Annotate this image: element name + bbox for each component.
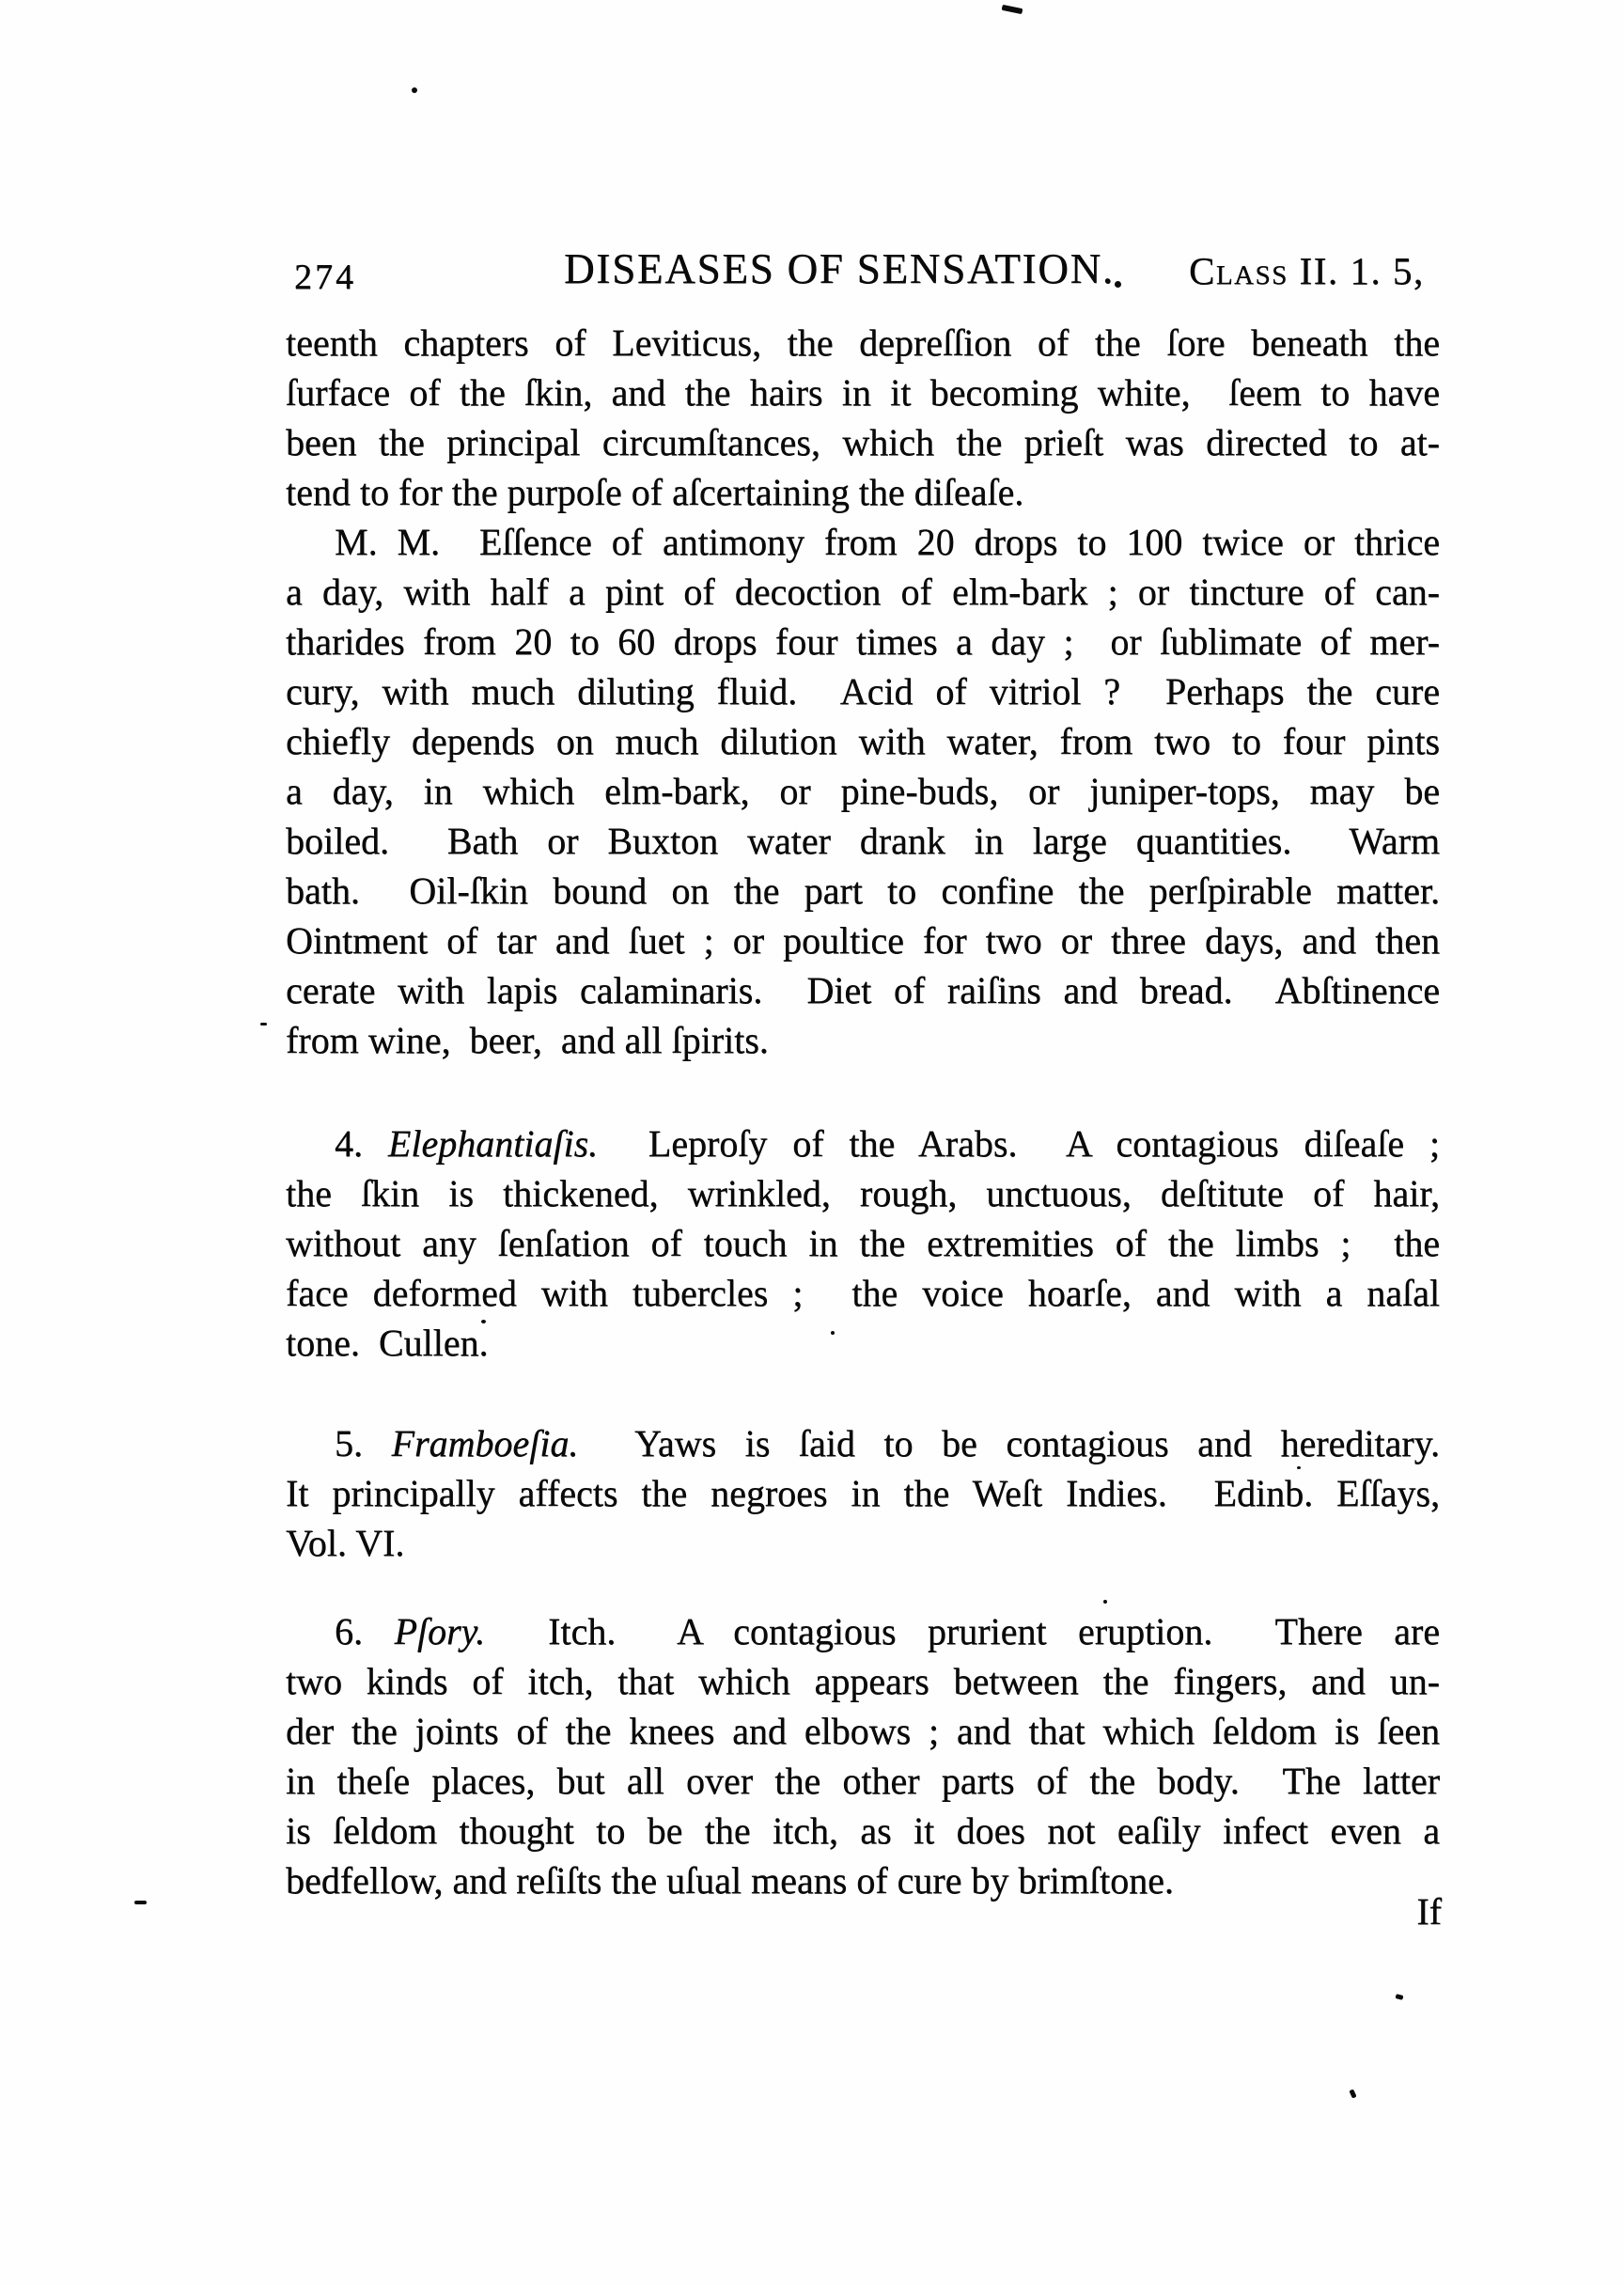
- text-run: bath. Oil-ſkin bound on the part to conf…: [286, 869, 1440, 912]
- italic-text-run: Framboeſia.: [392, 1422, 579, 1464]
- text-run: Ointment of tar and ſuet ; or poultice f…: [286, 919, 1440, 962]
- text-line: two kinds of itch, that which appears be…: [286, 1656, 1440, 1706]
- text-run: cury, with much diluting fluid. Acid of …: [286, 670, 1440, 712]
- text-run: is ſeldom thought to be the itch, as it …: [286, 1809, 1440, 1852]
- ink-speck: [1103, 1600, 1107, 1604]
- text-run: tend to for the purpoſe of aſcertaining …: [286, 471, 1023, 513]
- text-line: ſurface of the ſkin, and the hairs in it…: [286, 368, 1440, 417]
- ink-speck: [1297, 1466, 1301, 1469]
- text-run: Yaws is ſaid to be contagious and heredi…: [578, 1422, 1440, 1464]
- ink-speck: [831, 1331, 835, 1335]
- text-run: 5.: [335, 1422, 392, 1464]
- text-run: chiefly depends on much dilution with wa…: [286, 720, 1440, 762]
- text-line: cerate with lapis calaminaris. Diet of r…: [286, 965, 1440, 1015]
- text-run: It principally affects the negroes in th…: [286, 1472, 1440, 1514]
- text-run: a day, with half a pint of decoction of …: [286, 571, 1440, 613]
- text-line: a day, with half a pint of decoction of …: [286, 567, 1440, 617]
- text-run: been the principal circumſtances, which …: [286, 421, 1440, 463]
- text-run: boiled. Bath or Buxton water drank in la…: [286, 820, 1440, 862]
- text-line: tend to for the purpoſe of aſcertaining …: [286, 467, 1440, 517]
- italic-text-run: Pſory.: [394, 1610, 485, 1652]
- text-line: 6. Pſory. Itch. A contagious prurient er…: [286, 1606, 1440, 1656]
- page-number: 274: [294, 259, 356, 295]
- text-line: Ointment of tar and ſuet ; or poultice f…: [286, 916, 1440, 965]
- text-run: ſurface of the ſkin, and the hairs in it…: [286, 371, 1440, 414]
- ink-speck: [134, 1901, 147, 1904]
- paragraph-6-psory: 6. Pſory. Itch. A contagious prurient er…: [286, 1606, 1440, 1905]
- text-line: tharides from 20 to 60 drops four times …: [286, 617, 1440, 666]
- text-line: chiefly depends on much dilution with wa…: [286, 716, 1440, 766]
- text-line: teenth chapters of Leviticus, the depreſ…: [286, 318, 1440, 368]
- section-reference: Class II. 1. 5,: [1189, 252, 1425, 290]
- paragraph-4-elephantiasis: 4. Elephantiaſis. Leproſy of the Arabs. …: [286, 1119, 1440, 1368]
- text-run: Itch. A contagious prurient eruption. Th…: [485, 1610, 1440, 1652]
- text-line: der the joints of the knees and elbows ;…: [286, 1706, 1440, 1756]
- text-run: teenth chapters of Leviticus, the depreſ…: [286, 321, 1440, 364]
- text-run: tone. Cullen.: [286, 1322, 489, 1364]
- catchword: If: [286, 1887, 1442, 1936]
- text-line: in theſe places, but all over the other …: [286, 1756, 1440, 1806]
- text-line: bath. Oil-ſkin bound on the part to conf…: [286, 866, 1440, 916]
- text-line: boiled. Bath or Buxton water drank in la…: [286, 816, 1440, 866]
- text-line: is ſeldom thought to be the itch, as it …: [286, 1806, 1440, 1855]
- text-line: It principally affects the negroes in th…: [286, 1468, 1440, 1518]
- text-line: a day, in which elm-bark, or pine-buds, …: [286, 766, 1440, 816]
- text-line: M. M. Eſſence of antimony from 20 drops …: [286, 517, 1440, 567]
- text-line: been the principal circumſtances, which …: [286, 417, 1440, 467]
- paragraph-5-framboesia: 5. Framboeſia. Yaws is ſaid to be contag…: [286, 1418, 1440, 1568]
- text-run: the ſkin is thickened, wrinkled, rough, …: [286, 1172, 1440, 1214]
- paragraph-leprosy-continued: teenth chapters of Leviticus, the depreſ…: [286, 318, 1440, 517]
- text-line: tone. Cullen.: [286, 1318, 1440, 1368]
- text-line: cury, with much diluting fluid. Acid of …: [286, 666, 1440, 716]
- paragraph-materia-medica: M. M. Eſſence of antimony from 20 drops …: [286, 517, 1440, 1065]
- text-line: 5. Framboeſia. Yaws is ſaid to be contag…: [286, 1418, 1440, 1468]
- text-run: two kinds of itch, that which appears be…: [286, 1660, 1440, 1702]
- text-line: face deformed with tubercles ; the voice…: [286, 1268, 1440, 1318]
- text-line: the ſkin is thickened, wrinkled, rough, …: [286, 1168, 1440, 1218]
- text-run: 4.: [335, 1122, 388, 1165]
- text-run: M. M. Eſſence of antimony from 20 drops …: [335, 521, 1440, 563]
- ink-speck: [1115, 281, 1121, 288]
- text-run: der the joints of the knees and elbows ;…: [286, 1710, 1440, 1752]
- text-line: without any ſenſation of touch in the ex…: [286, 1218, 1440, 1268]
- text-run: a day, in which elm-bark, or pine-buds, …: [286, 770, 1440, 812]
- text-run: tharides from 20 to 60 drops four times …: [286, 620, 1440, 663]
- ink-speck: [1002, 5, 1023, 14]
- text-run: in theſe places, but all over the other …: [286, 1760, 1440, 1802]
- ink-speck: [481, 1320, 486, 1323]
- italic-text-run: Elephantiaſis.: [388, 1122, 598, 1165]
- text-line: from wine, beer, and all ſpirits.: [286, 1015, 1440, 1065]
- ink-speck: [260, 1023, 267, 1026]
- text-run: Vol. VI.: [286, 1522, 404, 1564]
- ink-speck: [1349, 2089, 1356, 2098]
- text-run: face deformed with tubercles ; the voice…: [286, 1272, 1440, 1314]
- running-title: DISEASES OF SENSATION.: [564, 248, 1115, 290]
- text-run: 6.: [335, 1610, 394, 1652]
- book-page-scan: 274 DISEASES OF SENSATION. Class II. 1. …: [0, 0, 1624, 2286]
- text-run: from wine, beer, and all ſpirits.: [286, 1019, 769, 1061]
- text-line: Vol. VI.: [286, 1518, 1440, 1568]
- ink-speck: [1395, 1994, 1403, 2000]
- text-run: Leproſy of the Arabs. A contagious diſea…: [598, 1122, 1440, 1165]
- text-run: without any ſenſation of touch in the ex…: [286, 1222, 1440, 1264]
- ink-speck: [412, 87, 417, 93]
- text-run: cerate with lapis calaminaris. Diet of r…: [286, 969, 1440, 1011]
- text-line: 4. Elephantiaſis. Leproſy of the Arabs. …: [286, 1119, 1440, 1168]
